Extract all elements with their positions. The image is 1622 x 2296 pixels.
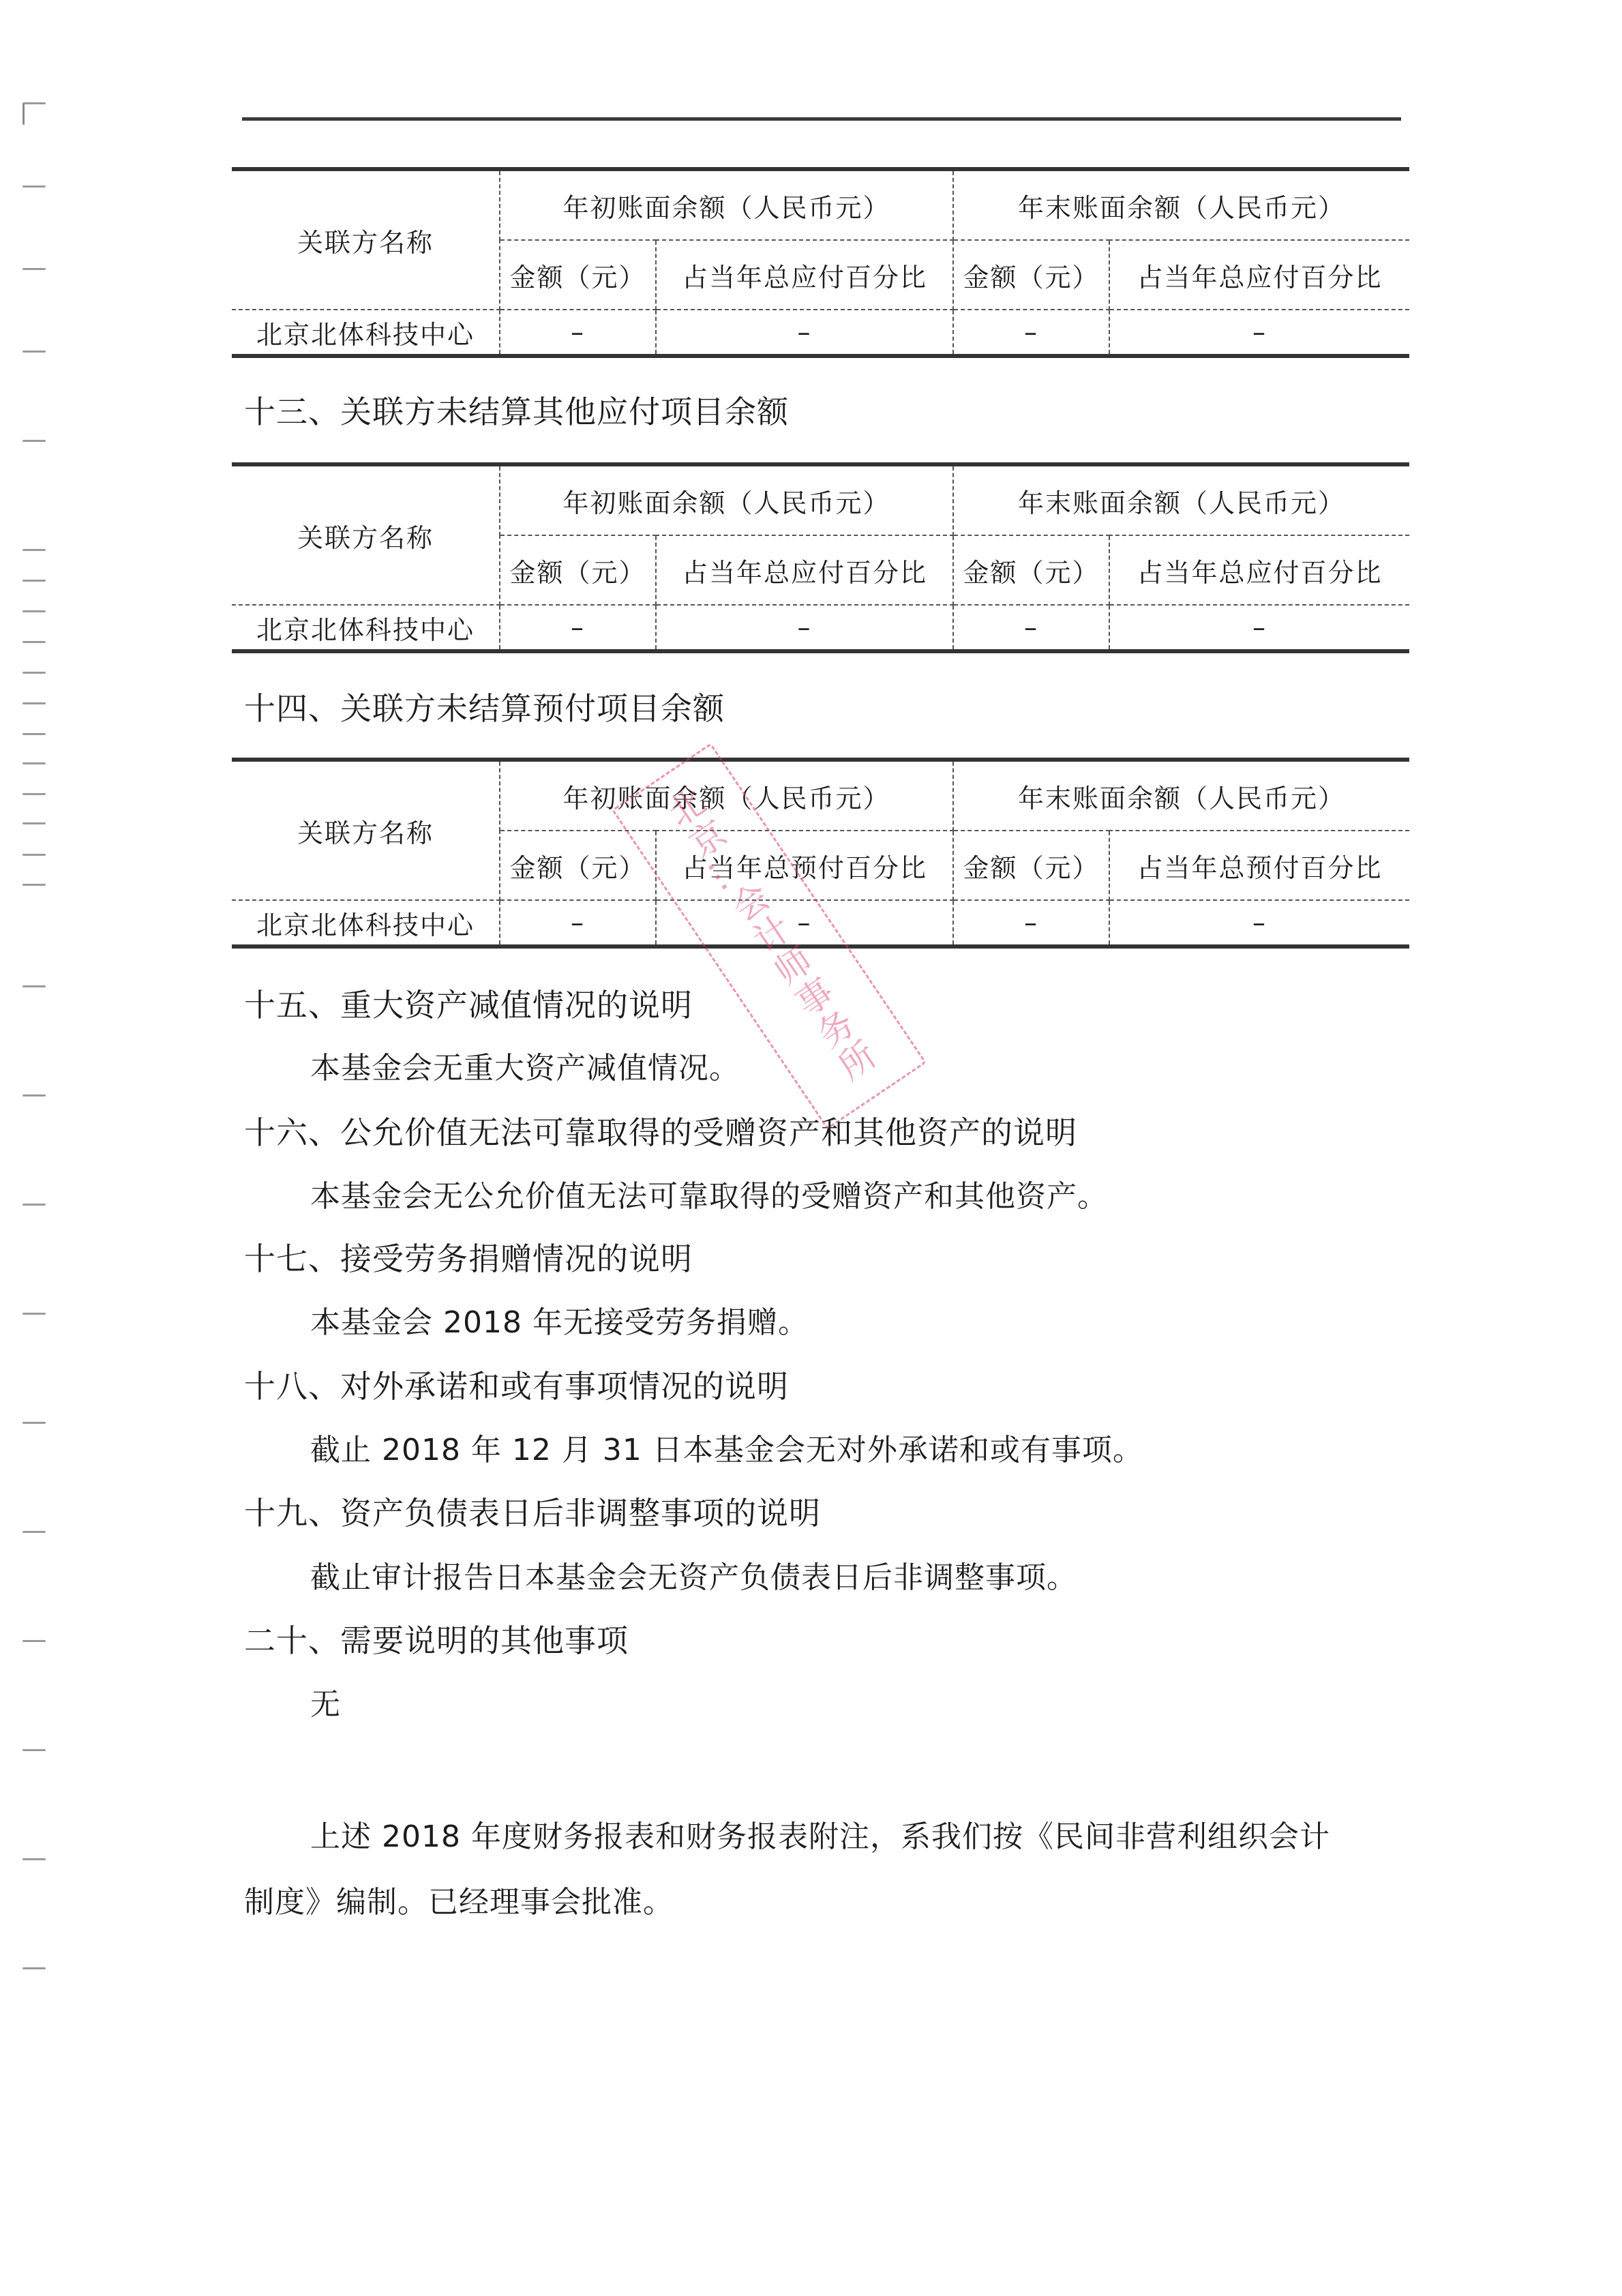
value-cell: – (500, 605, 656, 651)
party-name-cell: 北京北体科技中心 (232, 900, 500, 946)
binding-mark (22, 762, 46, 764)
column-group-opening-balance: 年初账面余额（人民币元） (500, 464, 953, 535)
section-heading-19: 十九、资产负债表日后非调整事项的说明 (244, 1489, 821, 1534)
value-cell: – (1109, 605, 1409, 651)
binding-mark (22, 641, 46, 643)
binding-mark (22, 1531, 46, 1533)
column-group-closing-balance: 年末账面余额（人民币元） (953, 169, 1409, 240)
binding-mark (22, 1749, 46, 1751)
binding-mark (22, 440, 46, 442)
section-body-17: 本基金会 2018 年无接受劳务捐赠。 (310, 1298, 809, 1341)
section-body-20: 无 (310, 1680, 341, 1723)
section-heading-15: 十五、重大资产减值情况的说明 (244, 981, 693, 1026)
column-header-percentage: 占当年总应付百分比 (656, 535, 953, 605)
binding-mark (22, 1313, 46, 1315)
column-group-opening-balance: 年初账面余额（人民币元） (500, 169, 953, 240)
section-heading-17: 十七、接受劳务捐赠情况的说明 (244, 1234, 693, 1279)
column-header-percentage: 占当年总预付百分比 (1109, 831, 1409, 900)
party-name-cell: 北京北体科技中心 (232, 310, 500, 356)
related-party-payables-table: 关联方名称 年初账面余额（人民币元） 年末账面余额（人民币元） 金额（元） 占当… (232, 167, 1409, 358)
value-cell: – (656, 310, 953, 356)
column-header-amount: 金额（元） (953, 535, 1109, 605)
binding-mark (22, 1967, 46, 1969)
column-group-closing-balance: 年末账面余额（人民币元） (953, 464, 1409, 535)
column-header-amount: 金额（元） (953, 831, 1109, 900)
binding-mark (22, 549, 46, 551)
closing-statement-line-2: 制度》编制。已经理事会批准。 (244, 1877, 674, 1921)
value-cell: – (500, 310, 656, 356)
value-cell: – (656, 605, 953, 651)
binding-mark (22, 102, 46, 125)
binding-mark (22, 1640, 46, 1642)
value-cell: – (953, 605, 1109, 651)
column-header-percentage: 占当年总应付百分比 (656, 240, 953, 310)
section-heading-18: 十八、对外承诺和或有事项情况的说明 (244, 1362, 789, 1407)
column-header-amount: 金额（元） (500, 240, 656, 310)
binding-mark (22, 185, 46, 188)
value-cell: – (1109, 900, 1409, 946)
value-cell: – (500, 900, 656, 946)
column-header-party-name: 关联方名称 (232, 760, 500, 900)
binding-mark (22, 985, 46, 987)
column-group-closing-balance: 年末账面余额（人民币元） (953, 760, 1409, 831)
binding-mark (22, 1204, 46, 1206)
table-row: 北京北体科技中心 – – – – (232, 310, 1409, 356)
binding-mark (22, 268, 46, 270)
related-party-other-payables-table: 关联方名称 年初账面余额（人民币元） 年末账面余额（人民币元） 金额（元） 占当… (232, 462, 1409, 653)
binding-mark (22, 1094, 46, 1097)
section-body-16: 本基金会无公允价值无法可靠取得的受赠资产和其他资产。 (310, 1172, 1108, 1215)
section-heading-16: 十六、公允价值无法可靠取得的受赠资产和其他资产的说明 (244, 1108, 1077, 1153)
section-body-18: 截止 2018 年 12 月 31 日本基金会无对外承诺和或有事项。 (310, 1425, 1143, 1469)
column-header-party-name: 关联方名称 (232, 169, 500, 310)
page-header-rule (242, 117, 1401, 121)
column-header-amount: 金额（元） (500, 535, 656, 605)
column-header-percentage: 占当年总应付百分比 (1109, 535, 1409, 605)
party-name-cell: 北京北体科技中心 (232, 605, 500, 651)
section-heading-13: 十三、关联方未结算其他应付项目余额 (244, 387, 789, 432)
binding-mark (22, 1858, 46, 1860)
section-heading-14: 十四、关联方未结算预付项目余额 (244, 684, 725, 729)
binding-mark (22, 580, 46, 582)
value-cell: – (1109, 310, 1409, 356)
value-cell: – (953, 310, 1109, 356)
table-row: 北京北体科技中心 – – – – (232, 605, 1409, 651)
binding-mark (22, 733, 46, 735)
binding-mark (22, 1422, 46, 1424)
binding-mark (22, 610, 46, 612)
column-header-percentage: 占当年总应付百分比 (1109, 240, 1409, 310)
column-header-amount: 金额（元） (953, 240, 1109, 310)
closing-statement-line-1: 上述 2018 年度财务报表和财务报表附注，系我们按《民间非营利组织会计 (310, 1812, 1330, 1855)
value-cell: – (953, 900, 1109, 946)
section-body-19: 截止审计报告日本基金会无资产负债表日后非调整事项。 (310, 1553, 1077, 1596)
section-heading-20: 二十、需要说明的其他事项 (244, 1616, 629, 1661)
column-header-party-name: 关联方名称 (232, 464, 500, 605)
binding-mark (22, 351, 46, 353)
binding-mark (22, 822, 46, 824)
binding-mark (22, 672, 46, 674)
binding-mark (22, 854, 46, 856)
section-body-15: 本基金会无重大资产减值情况。 (310, 1043, 740, 1087)
binding-mark (22, 702, 46, 704)
binding-mark (22, 793, 46, 795)
binding-mark (22, 884, 46, 886)
